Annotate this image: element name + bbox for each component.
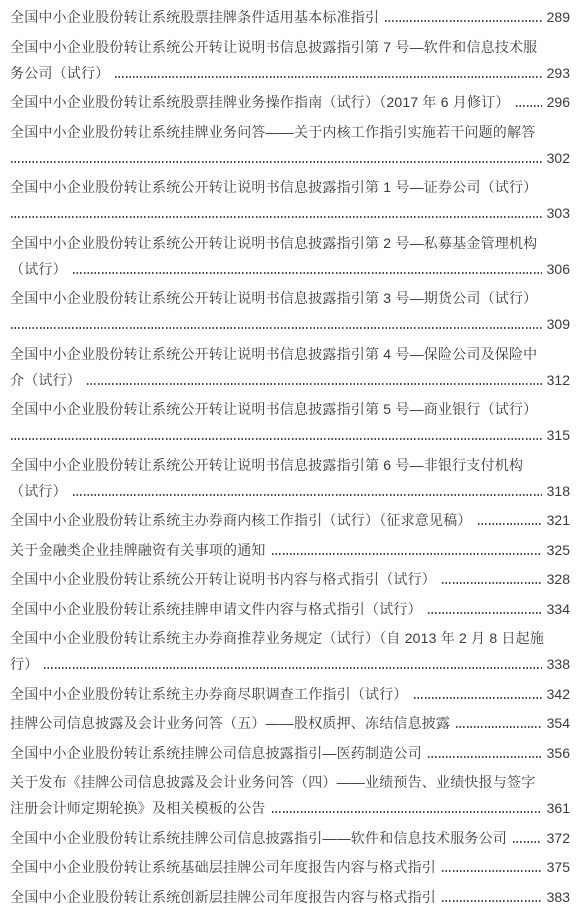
toc-entry[interactable]: 全国中小企业股份转让系统创新层挂牌公司年度报告内容与格式指引383 bbox=[10, 884, 570, 910]
toc-entry[interactable]: 全国中小企业股份转让系统挂牌申请文件内容与格式指引（试行）334 bbox=[10, 596, 570, 622]
toc-entry-last-line: 303 bbox=[10, 200, 570, 226]
toc-entry-text: 务公司（试行） bbox=[10, 60, 109, 86]
page-number: 303 bbox=[547, 200, 570, 226]
dot-leader bbox=[11, 438, 542, 440]
toc-entry-last-line: 务公司（试行）293 bbox=[10, 60, 570, 86]
dot-leader bbox=[428, 756, 542, 758]
page-number: 375 bbox=[547, 854, 570, 880]
toc-entry-last-line: 挂牌公司信息披露及会计业务问答（五）——股权质押、冻结信息披露354 bbox=[10, 710, 570, 736]
dot-leader bbox=[115, 76, 541, 78]
toc-entry-text: 注册会计师定期轮换》及相关模板的公告 bbox=[10, 795, 266, 821]
toc-entry-line: 全国中小企业股份转让系统公开转让说明书信息披露指引第 2 号—私募基金管理机构 bbox=[10, 230, 570, 256]
dot-leader bbox=[516, 105, 542, 107]
toc-entry[interactable]: 全国中小企业股份转让系统公开转让说明书内容与格式指引（试行）328 bbox=[10, 566, 570, 592]
dot-leader bbox=[442, 900, 542, 902]
toc-entry-last-line: 309 bbox=[10, 311, 570, 337]
toc-entry-line: 全国中小企业股份转让系统公开转让说明书信息披露指引第 7 号—软件和信息技术服 bbox=[10, 34, 570, 60]
dot-leader bbox=[513, 841, 542, 843]
toc-entry-line: 全国中小企业股份转让系统主办券商推荐业务规定（试行）（自 2013 年 2 月 … bbox=[10, 625, 570, 651]
toc-entry[interactable]: 全国中小企业股份转让系统股票挂牌条件适用基本标准指引289 bbox=[10, 4, 570, 30]
toc-entry[interactable]: 全国中小企业股份转让系统挂牌业务问答——关于内核工作指引实施若干问题的解答302 bbox=[10, 119, 570, 171]
toc-entry-last-line: 关于金融类企业挂牌融资有关事项的通知325 bbox=[10, 537, 570, 563]
dot-leader bbox=[73, 494, 542, 496]
toc-entry-last-line: 全国中小企业股份转让系统股票挂牌条件适用基本标准指引289 bbox=[10, 4, 570, 30]
dot-leader bbox=[272, 553, 542, 555]
toc-entry-last-line: （试行）318 bbox=[10, 478, 570, 504]
toc-entry[interactable]: 全国中小企业股份转让系统公开转让说明书信息披露指引第 7 号—软件和信息技术服务… bbox=[10, 34, 570, 86]
toc-entry-text: 全国中小企业股份转让系统挂牌公司信息披露指引—医药制造公司 bbox=[10, 740, 422, 766]
page-number: 372 bbox=[547, 825, 570, 851]
dot-leader bbox=[272, 811, 542, 813]
toc-entry[interactable]: 全国中小企业股份转让系统公开转让说明书信息披露指引第 6 号—非银行支付机构（试… bbox=[10, 452, 570, 504]
dot-leader bbox=[428, 612, 542, 614]
toc-page: 全国中小企业股份转让系统股票挂牌条件适用基本标准指引289全国中小企业股份转让系… bbox=[0, 0, 582, 911]
page-number: 334 bbox=[547, 596, 570, 622]
page-number: 321 bbox=[547, 507, 570, 533]
toc-entry-line: 全国中小企业股份转让系统公开转让说明书信息披露指引第 4 号—保险公司及保险中 bbox=[10, 341, 570, 367]
dot-leader bbox=[73, 272, 542, 274]
toc-entry-last-line: 全国中小企业股份转让系统创新层挂牌公司年度报告内容与格式指引383 bbox=[10, 884, 570, 910]
page-number: 356 bbox=[547, 740, 570, 766]
page-number: 293 bbox=[547, 60, 570, 86]
toc-entry[interactable]: 全国中小企业股份转让系统挂牌公司信息披露指引—医药制造公司356 bbox=[10, 740, 570, 766]
toc-entry-text: 挂牌公司信息披露及会计业务问答（五）——股权质押、冻结信息披露 bbox=[10, 710, 450, 736]
toc-entry-last-line: 全国中小企业股份转让系统主办券商内核工作指引（试行）（征求意见稿）321 bbox=[10, 507, 570, 533]
dot-leader bbox=[44, 667, 541, 669]
toc-entry-line: 全国中小企业股份转让系统公开转让说明书信息披露指引第 5 号—商业银行（试行） bbox=[10, 396, 570, 422]
dot-leader bbox=[456, 726, 541, 728]
toc-entry-line: 关于发布《挂牌公司信息披露及会计业务问答（四）——业绩预告、业绩快报与签字 bbox=[10, 769, 570, 795]
toc-entry[interactable]: 全国中小企业股份转让系统基础层挂牌公司年度报告内容与格式指引375 bbox=[10, 854, 570, 880]
toc-entry[interactable]: 全国中小企业股份转让系统股票挂牌业务操作指南（试行）（2017 年 6 月修订）… bbox=[10, 89, 570, 115]
toc-entry-last-line: 全国中小企业股份转让系统基础层挂牌公司年度报告内容与格式指引375 bbox=[10, 854, 570, 880]
page-number: 354 bbox=[547, 710, 570, 736]
toc-entry-text: 全国中小企业股份转让系统主办券商尽职调查工作指引（试行） bbox=[10, 681, 408, 707]
toc-entry-last-line: 全国中小企业股份转让系统股票挂牌业务操作指南（试行）（2017 年 6 月修订）… bbox=[10, 89, 570, 115]
toc-entry[interactable]: 全国中小企业股份转让系统主办券商推荐业务规定（试行）（自 2013 年 2 月 … bbox=[10, 625, 570, 677]
toc-entry-text: （试行） bbox=[10, 256, 67, 282]
page-number: 328 bbox=[547, 566, 570, 592]
dot-leader bbox=[442, 582, 542, 584]
toc-entry-text: 全国中小企业股份转让系统挂牌申请文件内容与格式指引（试行） bbox=[10, 596, 422, 622]
toc-entry-last-line: 全国中小企业股份转让系统公开转让说明书内容与格式指引（试行）328 bbox=[10, 566, 570, 592]
toc-entry-text: 全国中小企业股份转让系统股票挂牌条件适用基本标准指引 bbox=[10, 4, 379, 30]
toc-entry[interactable]: 全国中小企业股份转让系统主办券商尽职调查工作指引（试行）342 bbox=[10, 681, 570, 707]
toc-entry-last-line: 315 bbox=[10, 422, 570, 448]
page-number: 302 bbox=[547, 145, 570, 171]
toc-entry-last-line: 介（试行）312 bbox=[10, 367, 570, 393]
toc-entry-text: 全国中小企业股份转让系统创新层挂牌公司年度报告内容与格式指引 bbox=[10, 884, 436, 910]
toc-entry-text: 行） bbox=[10, 651, 38, 677]
toc-entry[interactable]: 全国中小企业股份转让系统主办券商内核工作指引（试行）（征求意见稿）321 bbox=[10, 507, 570, 533]
dot-leader bbox=[11, 216, 542, 218]
toc-entry-last-line: （试行）306 bbox=[10, 256, 570, 282]
page-number: 342 bbox=[547, 681, 570, 707]
page-number: 361 bbox=[547, 795, 570, 821]
toc-entry-text: 全国中小企业股份转让系统主办券商内核工作指引（试行）（征求意见稿） bbox=[10, 507, 472, 533]
toc-entry-last-line: 302 bbox=[10, 145, 570, 171]
dot-leader bbox=[87, 383, 542, 385]
page-number: 383 bbox=[547, 884, 570, 910]
toc-entry-text: 全国中小企业股份转让系统基础层挂牌公司年度报告内容与格式指引 bbox=[10, 854, 436, 880]
toc-entry-text: 全国中小企业股份转让系统挂牌公司信息披露指引——软件和信息技术服务公司 bbox=[10, 825, 507, 851]
toc-entry[interactable]: 全国中小企业股份转让系统公开转让说明书信息披露指引第 3 号—期货公司（试行）3… bbox=[10, 285, 570, 337]
toc-entry-last-line: 全国中小企业股份转让系统挂牌公司信息披露指引—医药制造公司356 bbox=[10, 740, 570, 766]
toc-entry[interactable]: 关于金融类企业挂牌融资有关事项的通知325 bbox=[10, 537, 570, 563]
toc-entry-line: 全国中小企业股份转让系统公开转让说明书信息披露指引第 1 号—证券公司（试行） bbox=[10, 174, 570, 200]
toc-entry-last-line: 全国中小企业股份转让系统挂牌申请文件内容与格式指引（试行）334 bbox=[10, 596, 570, 622]
toc-entry-last-line: 全国中小企业股份转让系统主办券商尽职调查工作指引（试行）342 bbox=[10, 681, 570, 707]
toc-entry[interactable]: 挂牌公司信息披露及会计业务问答（五）——股权质押、冻结信息披露354 bbox=[10, 710, 570, 736]
page-number: 289 bbox=[547, 4, 570, 30]
toc-entry-line: 全国中小企业股份转让系统公开转让说明书信息披露指引第 3 号—期货公司（试行） bbox=[10, 285, 570, 311]
toc-entry[interactable]: 全国中小企业股份转让系统公开转让说明书信息披露指引第 5 号—商业银行（试行）3… bbox=[10, 396, 570, 448]
toc-entry-last-line: 全国中小企业股份转让系统挂牌公司信息披露指引——软件和信息技术服务公司372 bbox=[10, 825, 570, 851]
toc-entry-last-line: 行）338 bbox=[10, 651, 570, 677]
toc-entry-text: 全国中小企业股份转让系统公开转让说明书内容与格式指引（试行） bbox=[10, 566, 436, 592]
page-number: 296 bbox=[547, 89, 570, 115]
toc-entry-line: 全国中小企业股份转让系统挂牌业务问答——关于内核工作指引实施若干问题的解答 bbox=[10, 119, 570, 145]
dot-leader bbox=[385, 20, 541, 22]
toc-entry-last-line: 注册会计师定期轮换》及相关模板的公告361 bbox=[10, 795, 570, 821]
page-number: 312 bbox=[547, 367, 570, 393]
toc-entry[interactable]: 全国中小企业股份转让系统公开转让说明书信息披露指引第 1 号—证券公司（试行）3… bbox=[10, 174, 570, 226]
toc-entry[interactable]: 关于发布《挂牌公司信息披露及会计业务问答（四）——业绩预告、业绩快报与签字注册会… bbox=[10, 769, 570, 821]
page-number: 315 bbox=[547, 422, 570, 448]
page-number: 325 bbox=[547, 537, 570, 563]
dot-leader bbox=[414, 697, 542, 699]
toc-entry-line: 全国中小企业股份转让系统公开转让说明书信息披露指引第 6 号—非银行支付机构 bbox=[10, 452, 570, 478]
toc-entry[interactable]: 全国中小企业股份转让系统挂牌公司信息披露指引——软件和信息技术服务公司372 bbox=[10, 825, 570, 851]
toc-entry[interactable]: 全国中小企业股份转让系统公开转让说明书信息披露指引第 2 号—私募基金管理机构（… bbox=[10, 230, 570, 282]
toc-entry-text: 关于金融类企业挂牌融资有关事项的通知 bbox=[10, 537, 266, 563]
toc-entry-text: （试行） bbox=[10, 478, 67, 504]
toc-entry-text: 全国中小企业股份转让系统股票挂牌业务操作指南（试行）（2017 年 6 月修订） bbox=[10, 89, 510, 115]
page-number: 306 bbox=[547, 256, 570, 282]
dot-leader bbox=[11, 161, 542, 163]
dot-leader bbox=[478, 523, 542, 525]
dot-leader bbox=[11, 327, 542, 329]
toc-entry-text: 介（试行） bbox=[10, 367, 81, 393]
dot-leader bbox=[442, 870, 542, 872]
page-number: 309 bbox=[547, 311, 570, 337]
page-number: 318 bbox=[547, 478, 570, 504]
toc-entry[interactable]: 全国中小企业股份转让系统公开转让说明书信息披露指引第 4 号—保险公司及保险中介… bbox=[10, 341, 570, 393]
page-number: 338 bbox=[547, 651, 570, 677]
